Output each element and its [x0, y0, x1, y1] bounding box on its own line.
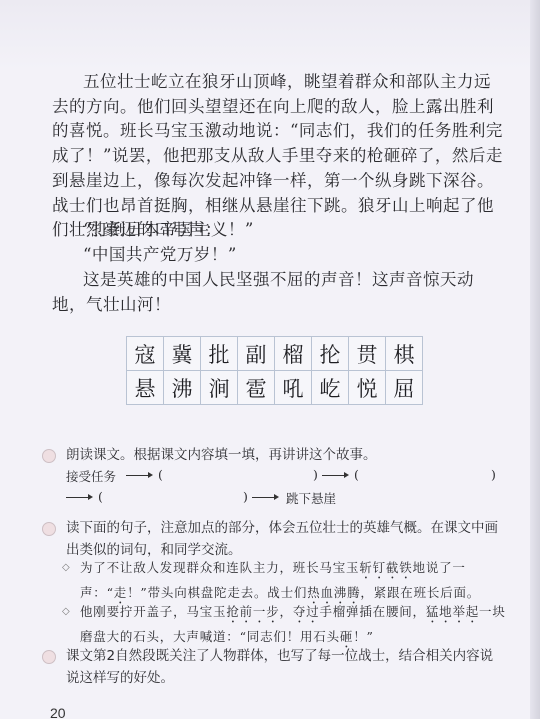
char-cell: 榴	[275, 337, 312, 371]
blank-1-close: )	[313, 467, 318, 482]
flow-start: 接受任务	[66, 467, 116, 485]
blank-1-input[interactable]	[162, 467, 302, 485]
emphasized-segment: 猛地举起	[426, 604, 479, 619]
char-cell: 悦	[349, 371, 386, 405]
char-row-1: 寇 冀 批 副 榴 抡 贯 棋	[127, 337, 423, 371]
char-cell: 雹	[238, 371, 275, 405]
arrow-right-icon	[126, 467, 150, 482]
char-cell: 抡	[312, 337, 349, 371]
blank-2-open: (	[354, 467, 359, 482]
char-cell: 冀	[164, 337, 201, 371]
page-number: 20	[50, 705, 66, 719]
text-segment: 为了不让敌人发现群众和连队主力，班长马宝玉	[80, 560, 359, 575]
exercise-2: 读下面的句子，注意加点的部分，体会五位壮士的英雄气概。在课文中画出类似的词句，和…	[42, 518, 504, 561]
passage-slogan-2: “中国共产党万岁！”	[83, 243, 503, 268]
exercise-3: 课文第2自然段既关注了人物群体，也写了每一位战士，结合相关内容说说这样写的好处。	[42, 646, 504, 689]
exercise-number-badge-icon	[42, 650, 56, 664]
char-row-2: 悬 沸 涧 雹 吼 屹 悦 屈	[127, 371, 423, 405]
passage-paragraph-1: 五位壮士屹立在狼牙山顶峰，眺望着群众和部队主力远去的方向。他们回头望望还在向上爬…	[52, 70, 504, 243]
story-flow-line-1: 接受任务 ( ) ( )	[66, 467, 506, 487]
text-segment: ，	[280, 604, 293, 619]
arrow-right-icon	[66, 489, 90, 504]
exercise-3-prompt: 课文第2自然段既关注了人物群体，也写了每一位战士，结合相关内容说说这样写的好处。	[66, 646, 504, 689]
exercise-number-badge-icon	[42, 449, 56, 463]
emphasized-segment: 热血沸腾	[307, 585, 360, 600]
char-cell: 悬	[127, 371, 164, 405]
text-segment: 他刚要拧开盖子，马宝玉	[80, 604, 226, 619]
emphasized-segment: 走	[114, 585, 127, 600]
emphasized-segment: 夺过	[293, 604, 320, 619]
emphasized-segment: 抢前一步	[226, 604, 279, 619]
emphasized-segment: 斩钉截铁	[359, 560, 412, 575]
passage-paragraph-4: 这是英雄的中国人民坚强不屈的声音！这声音惊天动地，气壮山河！	[52, 268, 504, 317]
char-cell: 沸	[164, 371, 201, 405]
exercise-2-prompt: 读下面的句子，注意加点的部分，体会五位壮士的英雄气概。在课文中画出类似的词句，和…	[66, 518, 504, 561]
blank-3-open: (	[98, 489, 103, 504]
char-cell: 吼	[275, 371, 312, 405]
arrow-right-icon	[322, 467, 346, 482]
char-cell: 副	[238, 337, 275, 371]
exercise-number-badge-icon	[42, 522, 56, 536]
char-cell: 寇	[127, 337, 164, 371]
flow-end: 跳下悬崖	[286, 489, 336, 507]
diamond-bullet-icon: ◇	[62, 557, 71, 579]
diamond-bullet-icon: ◇	[62, 601, 71, 623]
text-segment: ，紧跟在班长后面。	[360, 585, 480, 600]
char-cell: 棋	[386, 337, 423, 371]
example-sentence-1: ◇ 为了不让敌人发现群众和连队主力，班长马宝玉斩钉截铁地说了一声：“走！”带头向…	[62, 557, 508, 607]
example-sentence-text: 为了不让敌人发现群众和连队主力，班长马宝玉斩钉截铁地说了一声：“走！”带头向棋盘…	[80, 557, 508, 607]
page-top-shading	[0, 0, 540, 70]
char-cell: 贯	[349, 337, 386, 371]
emphasized-segment: 砸	[340, 629, 353, 644]
exercise-1: 朗读课文。根据课文内容填一填，再讲讲这个故事。	[42, 445, 504, 467]
char-cell: 批	[201, 337, 238, 371]
blank-3-close: )	[243, 489, 248, 504]
arrow-right-icon	[252, 489, 276, 504]
example-sentence-2: ◇ 他刚要拧开盖子，马宝玉抢前一步，夺过手榴弹插在腰间，猛地举起一块磨盘大的石头…	[62, 601, 508, 651]
char-cell: 屈	[386, 371, 423, 405]
blank-2-input[interactable]	[360, 467, 490, 485]
story-flow-line-2: ( ) 跳下悬崖	[66, 489, 506, 509]
text-segment: 手榴弹插在腰间，	[319, 604, 425, 619]
text-segment: ！”带头向棋盘陀走去。战士们	[127, 585, 307, 600]
exercise-1-prompt: 朗读课文。根据课文内容填一填，再讲讲这个故事。	[66, 445, 504, 467]
example-sentence-text: 他刚要拧开盖子，马宝玉抢前一步，夺过手榴弹插在腰间，猛地举起一块磨盘大的石头，大…	[80, 601, 508, 651]
blank-2-close: )	[491, 467, 496, 482]
char-cell: 屹	[312, 371, 349, 405]
passage-slogan-1: “打倒日本帝国主义！”	[83, 218, 503, 243]
new-characters-grid: 寇 冀 批 副 榴 抡 贯 棋 悬 沸 涧 雹 吼 屹 悦 屈	[126, 336, 423, 405]
blank-3-input[interactable]	[104, 489, 234, 507]
char-cell: 涧	[201, 371, 238, 405]
text-segment: ！”	[353, 629, 374, 644]
page-edge	[530, 0, 540, 719]
